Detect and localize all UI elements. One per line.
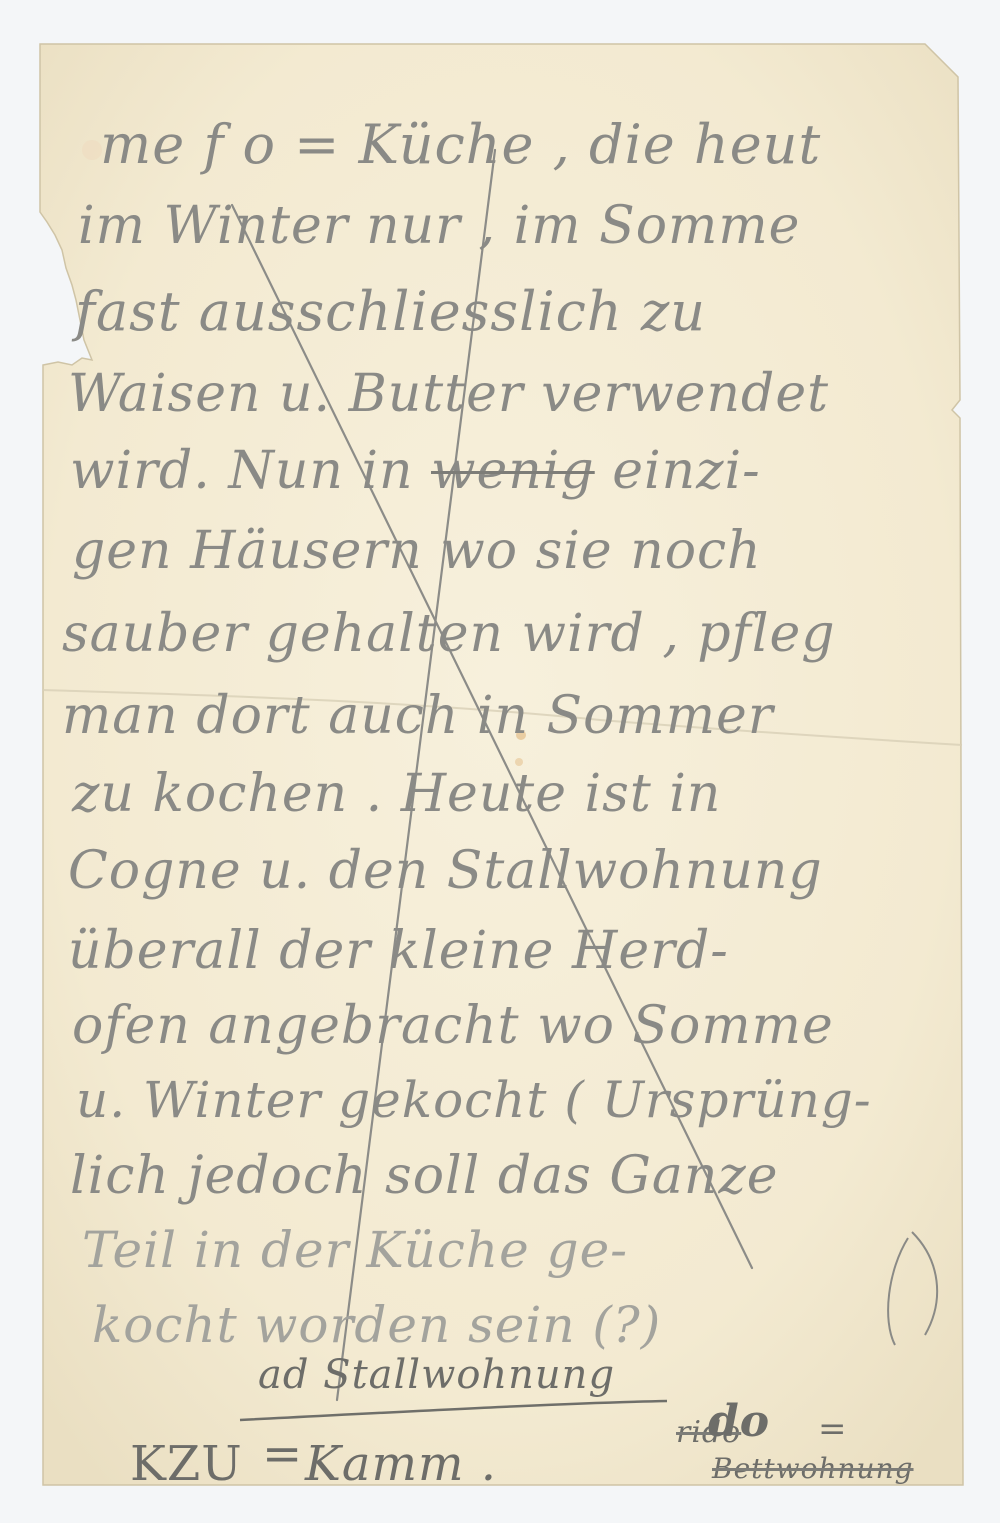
manuscript-line-2: im Winter nur , im Somme — [78, 200, 800, 252]
manuscript-line-10: Cogne u. den Stallwohnung — [68, 845, 823, 897]
line-5-start: wird. Nun in — [70, 441, 413, 501]
footer-word-kamm: Kamm . — [305, 1440, 497, 1488]
manuscript-line-6: gen Häusern wo sie noch — [72, 525, 762, 577]
manuscript-line-15: Teil in der Küche ge- — [82, 1225, 628, 1275]
manuscript-line-7: sauber gehalten wird , pfleg — [62, 608, 836, 660]
manuscript-line-5: wird. Nun in wenig einzi- — [70, 445, 761, 497]
manuscript-line-11: überall der kleine Herd- — [68, 925, 729, 977]
manuscript-line-14: lich jedoch soll das Ganze — [70, 1150, 779, 1202]
manuscript-line-12: ofen angebracht wo Somme — [72, 1000, 834, 1052]
manuscript-line-4: Waisen u. Butter verwendet — [68, 368, 829, 420]
manuscript-line-13: u. Winter gekocht ( Ursprüng- — [76, 1075, 872, 1125]
manuscript-line-16: kocht worden sein (?) — [92, 1300, 661, 1350]
struck-word: wenig — [431, 441, 595, 501]
document-scan: me f o = Küche , die heut im Winter nur … — [0, 0, 1000, 1523]
manuscript-line-9: zu kochen . Heute ist in — [72, 768, 721, 820]
stain-mark — [82, 140, 102, 160]
footer-equals: = — [262, 1430, 303, 1478]
footer-struck-sub: Bettwohnung — [712, 1455, 914, 1483]
manuscript-line-1: me f o = Küche , die heut — [100, 118, 821, 172]
footer-trailing-equals: = — [818, 1412, 848, 1446]
manuscript-line-3: fast ausschliesslich zu — [75, 285, 706, 339]
manuscript-line-8: man dort auch in Sommer — [62, 690, 774, 742]
footer-overwritten-do: do — [708, 1400, 770, 1444]
line-5-end: einzi- — [612, 441, 761, 501]
footer-abbreviation: KZU — [130, 1440, 243, 1488]
footer-note-stallwohnung: ad Stallwohnung — [258, 1355, 615, 1395]
